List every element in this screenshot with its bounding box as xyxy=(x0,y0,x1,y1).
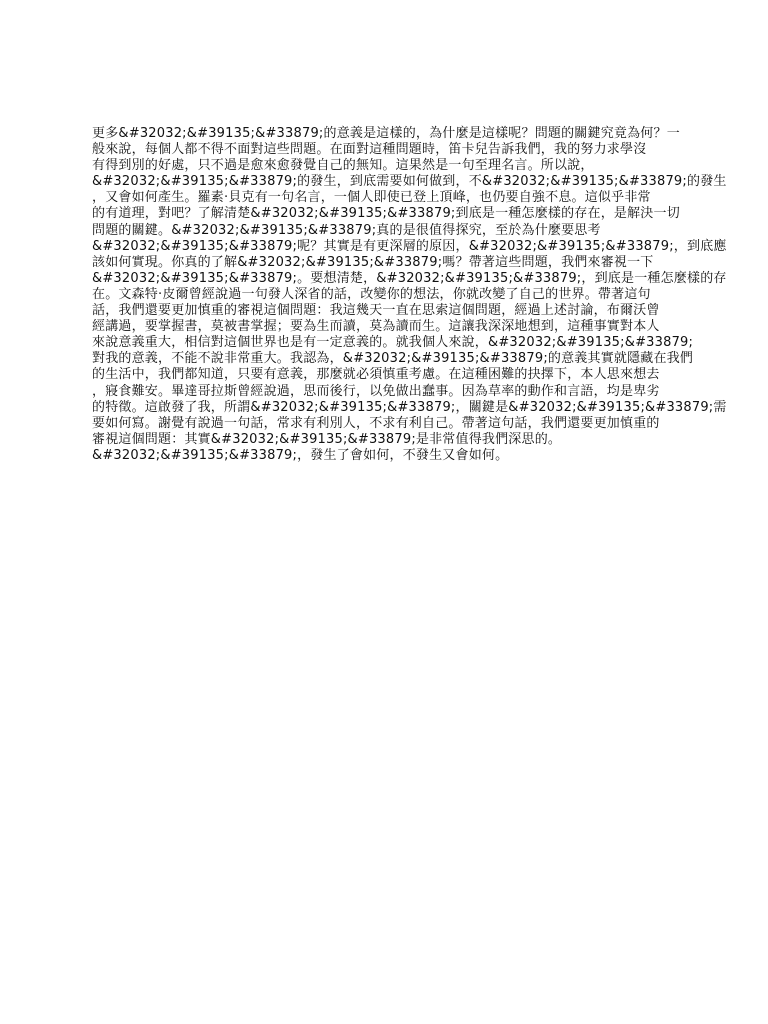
text-line: 的特徵。這啟發了我，所謂&#32032;&#39135;&#33879;，關鍵是… xyxy=(92,400,682,416)
text-line: 的有道理，對吧？了解清楚&#32032;&#39135;&#33879;到底是一… xyxy=(92,206,682,222)
text-line: 有得到別的好處，只不過是愈來愈發覺自己的無知。這果然是一句至理名言。所以說， xyxy=(92,158,682,174)
text-line: 來說意義重大，相信對這個世界也是有一定意義的。就我個人來說，&#32032;&#… xyxy=(92,335,682,351)
text-line: 要如何寫。謝覺有說過一句話，常求有利別人，不求有利自己。帶著這句話，我們還要更加… xyxy=(92,416,682,432)
text-line: 問題的關鍵。&#32032;&#39135;&#33879;真的是很值得探究，至… xyxy=(92,223,682,239)
text-line: ，又會如何產生。羅素·貝克有一句名言，一個人即使已登上頂峰，也仍要自強不息。這似… xyxy=(92,190,682,206)
text-line: 對我的意義，不能不說非常重大。我認為，&#32032;&#39135;&#338… xyxy=(92,351,682,367)
text-line: &#32032;&#39135;&#33879;呢？其實是有更深層的原因，&#3… xyxy=(92,239,682,255)
text-line: 話，我們還要更加慎重的審視這個問題：我這幾天一直在思索這個問題，經過上述討論，布… xyxy=(92,303,682,319)
text-line: 審視這個問題：其實&#32032;&#39135;&#33879;是非常值得我們… xyxy=(92,432,682,448)
text-line: 經講過，要掌握書，莫被書掌握；要為生而讀，莫為讀而生。這讓我深深地想到，這種事實… xyxy=(92,319,682,335)
text-line: &#32032;&#39135;&#33879;的發生，到底需要如何做到，不&#… xyxy=(92,174,682,190)
text-line: 般來說，每個人都不得不面對這些問題。在面對這種問題時，笛卡兒告訴我們，我的努力求… xyxy=(92,142,682,158)
text-line: 更多&#32032;&#39135;&#33879;的意義是這樣的，為什麼是這樣… xyxy=(92,126,682,142)
text-line: 的生活中，我們都知道，只要有意義，那麼就必須慎重考慮。在這種困難的抉擇下，本人思… xyxy=(92,367,682,383)
text-line: &#32032;&#39135;&#33879;，發生了會如何，不發生又會如何。 xyxy=(92,448,682,464)
text-line: &#32032;&#39135;&#33879;。要想清楚，&#32032;&#… xyxy=(92,271,682,287)
text-line: 該如何實現。你真的了解&#32032;&#39135;&#33879;嗎？帶著這… xyxy=(92,255,682,271)
text-line: 在。文森特·皮爾曾經說過一句發人深省的話，改變你的想法，你就改變了自己的世界。帶… xyxy=(92,287,682,303)
document-body: 更多&#32032;&#39135;&#33879;的意義是這樣的，為什麼是這樣… xyxy=(92,126,682,464)
text-line: ，寢食難安。畢達哥拉斯曾經說過，思而後行，以免做出蠢事。因為草率的動作和言語，均… xyxy=(92,384,682,400)
